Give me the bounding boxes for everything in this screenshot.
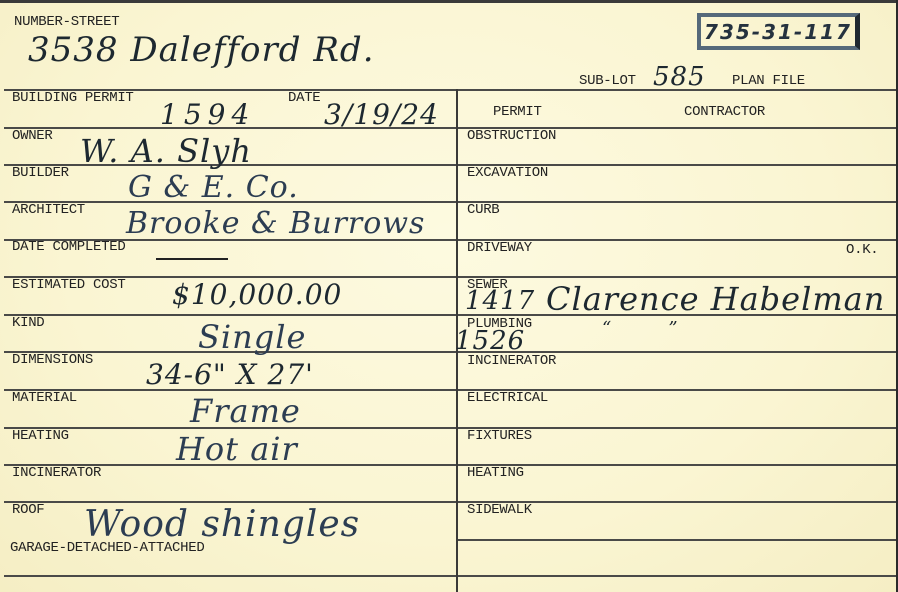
permit-column-header: PERMIT (493, 104, 542, 120)
dimensions-value: 34-6" X 27' (146, 358, 314, 391)
heating-permit-label: HEATING (467, 465, 524, 481)
incinerator-permit-label: INCINERATOR (467, 353, 556, 369)
number-street-label: NUMBER-STREET (14, 14, 119, 30)
incinerator-label: INCINERATOR (12, 465, 101, 481)
dimensions-label: DIMENSIONS (12, 352, 93, 368)
rule-line (456, 539, 896, 541)
estimated-cost-value: $10,000.00 (172, 278, 342, 311)
roof-label: ROOF (12, 502, 44, 518)
rule-line (4, 276, 896, 278)
building-permit-label: BUILDING PERMIT (12, 90, 134, 106)
plan-file-label: PLAN FILE (732, 73, 805, 89)
sewer-permit: 1417 (465, 286, 535, 316)
sidewalk-label: SIDEWALK (467, 502, 532, 518)
date-label: DATE (288, 90, 320, 106)
plumbing-permit: 1526 (455, 326, 525, 356)
date-completed-label: DATE COMPLETED (12, 239, 125, 255)
electrical-label: ELECTRICAL (467, 390, 548, 406)
heating-value: Hot air (176, 430, 298, 468)
rule-line (4, 427, 896, 429)
card-top-edge (0, 0, 898, 3)
material-value: Frame (190, 392, 301, 430)
sub-lot-label: SUB-LOT (579, 73, 636, 89)
excavation-label: EXCAVATION (467, 165, 548, 181)
rule-line (4, 351, 896, 353)
curb-label: CURB (467, 202, 499, 218)
builder-value: G & E. Co. (128, 170, 299, 205)
rule-line (4, 501, 896, 503)
architect-label: ARCHITECT (12, 202, 85, 218)
kind-label: KIND (12, 315, 44, 331)
fixtures-label: FIXTURES (467, 428, 532, 444)
driveway-label: DRIVEWAY (467, 240, 532, 256)
sub-lot-value: 585 (653, 62, 706, 92)
rule-line (4, 464, 896, 466)
rule-line (4, 127, 896, 129)
obstruction-label: OBSTRUCTION (467, 128, 556, 144)
sewer-contractor: Clarence Habelman (546, 280, 885, 318)
driveway-note: O.K. (846, 242, 878, 258)
garage-label: GARAGE-DETACHED-ATTACHED (10, 540, 204, 556)
date-value: 3/19/24 (324, 98, 439, 131)
plumbing-contractor-ditto: “ ” (602, 318, 678, 339)
material-label: MATERIAL (12, 390, 77, 406)
building-permit-value: 1594 (160, 98, 255, 131)
builder-label: BUILDER (12, 165, 69, 181)
owner-label: OWNER (12, 128, 53, 144)
stamp-number: 735-31-117 (704, 20, 852, 44)
number-street-value: 3538 Dalefford Rd. (28, 30, 375, 70)
contractor-column-header: CONTRACTOR (684, 104, 765, 120)
rule-line (4, 89, 896, 91)
owner-value: W. A. Slyh (80, 132, 252, 170)
date-completed-dash (156, 258, 228, 260)
heating-label: HEATING (12, 428, 69, 444)
rule-line (4, 575, 896, 577)
rule-line (4, 389, 896, 391)
permit-card: 735-31-117 NUMBER-STREET 3538 Dalefford … (0, 0, 898, 592)
estimated-cost-label: ESTIMATED COST (12, 277, 125, 293)
file-number-stamp: 735-31-117 (697, 13, 860, 50)
roof-value: Wood shingles (84, 504, 360, 545)
architect-value: Brooke & Burrows (126, 206, 425, 241)
kind-value: Single (198, 318, 306, 356)
